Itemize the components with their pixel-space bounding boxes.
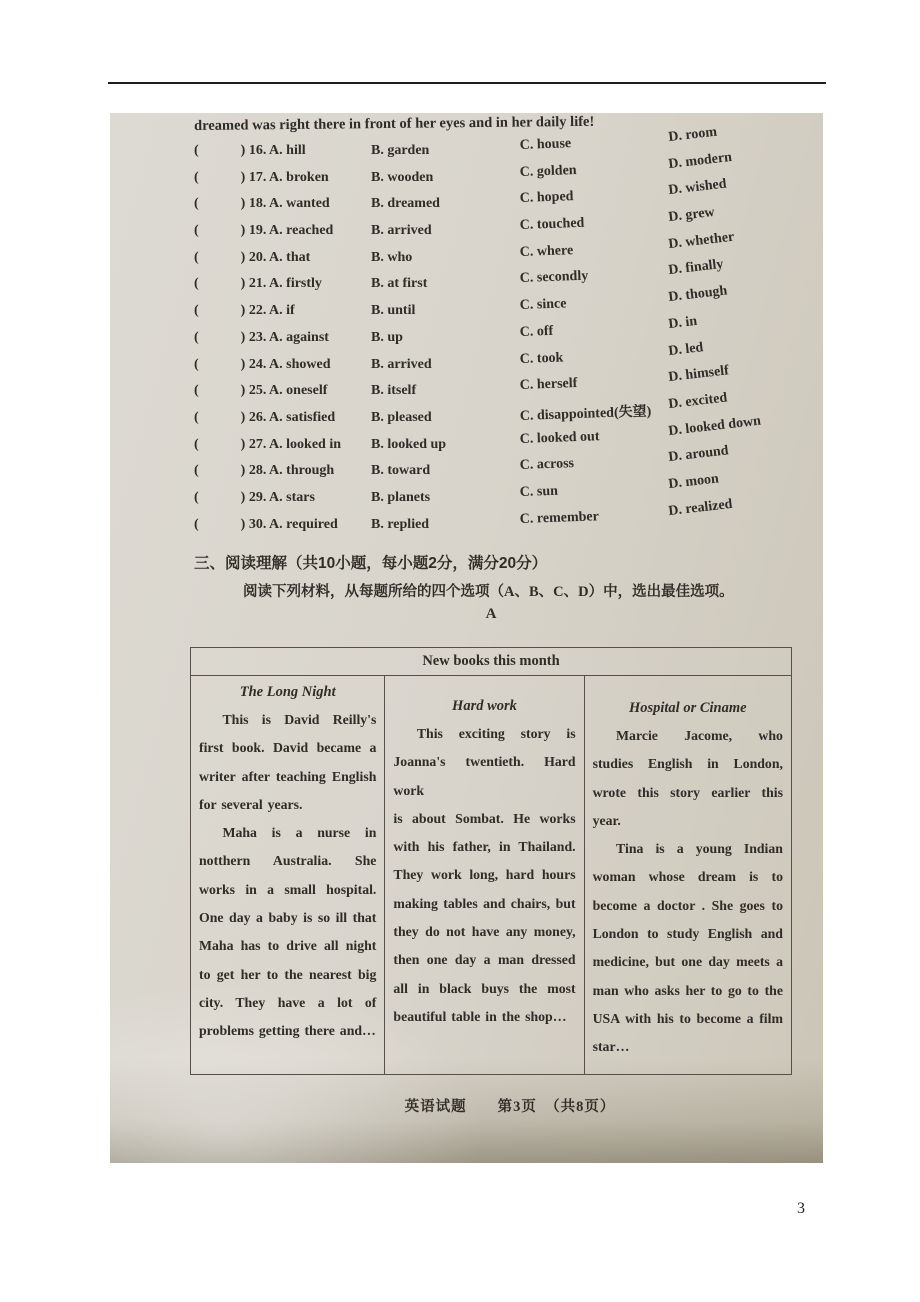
book-paragraph: Marcie Jacome, who studies English in Lo… — [593, 722, 783, 835]
question-option-c: C. hoped — [520, 190, 574, 208]
question-option-a: ( ) 23. A. against — [194, 330, 329, 346]
question-option-a: ( ) 27. A. looked in — [194, 437, 341, 453]
page-number: 3 — [797, 1200, 805, 1218]
question-option-b: B. replied — [371, 517, 429, 533]
page-canvas: dreamed was right there in front of her … — [0, 0, 920, 1302]
question-option-a: ( ) 16. A. hill — [194, 143, 306, 159]
question-option-a: ( ) 28. A. through — [194, 463, 334, 479]
question-option-b: B. up — [371, 330, 403, 346]
question-option-c: C. herself — [520, 376, 578, 394]
question-option-b: B. until — [371, 303, 415, 319]
question-option-d: D. in — [668, 314, 698, 333]
question-option-c: C. touched — [520, 216, 585, 234]
top-divider-line — [108, 82, 826, 84]
new-books-table: New books this month The Long Night This… — [190, 647, 792, 1075]
question-option-c: C. golden — [520, 163, 577, 181]
question-option-c: C. sun — [520, 484, 559, 501]
book-title: The Long Night — [199, 678, 376, 706]
section-header: 三、阅读理解（共10小题，每小题2分，满分20分） — [194, 551, 547, 573]
question-option-b: B. garden — [371, 143, 429, 159]
question-option-b: B. itself — [371, 383, 416, 399]
page-footer: 英语试题 第3页 （共8页） — [190, 1095, 823, 1116]
question-option-a: ( ) 24. A. showed — [194, 357, 331, 373]
book-paragraph: This is David Reilly's first book. David… — [199, 706, 376, 819]
question-option-b: B. at first — [371, 276, 427, 292]
question-option-a: ( ) 30. A. required — [194, 517, 338, 533]
question-option-a: ( ) 18. A. wanted — [194, 196, 330, 212]
question-option-a: ( ) 20. A. that — [194, 250, 310, 266]
book-column-hospital-or-ciname: Hospital or Ciname Marcie Jacome, who st… — [585, 676, 791, 1074]
question-option-c: C. across — [520, 456, 575, 474]
question-option-b: B. who — [371, 250, 412, 266]
book-title: Hard work — [393, 692, 575, 720]
question-row: ( ) 23. A. againstB. upC. offD. in — [110, 330, 823, 357]
book-paragraph: is about Sombat. He works with his fathe… — [393, 805, 575, 1031]
book-paragraph: This exciting story is Joanna's twentiet… — [393, 720, 575, 805]
question-option-c: C. took — [520, 350, 564, 368]
question-option-c: C. disappointed(失望) — [519, 400, 651, 425]
question-row: ( ) 22. A. ifB. untilC. sinceD. though — [110, 303, 823, 330]
book-paragraph: Tina is a young Indian woman whose dream… — [593, 835, 783, 1061]
question-option-b: B. arrived — [371, 357, 432, 373]
passage-last-line: dreamed was right there in front of her … — [194, 114, 594, 135]
question-option-c: C. remember — [520, 509, 600, 528]
table-title: New books this month — [191, 648, 791, 676]
question-option-c: C. house — [520, 136, 572, 154]
table-body: The Long Night This is David Reilly's fi… — [191, 676, 791, 1074]
question-rows: ( ) 16. A. hillB. gardenC. houseD. room(… — [110, 143, 823, 543]
question-option-a: ( ) 17. A. broken — [194, 170, 329, 186]
question-option-d: D. led — [668, 340, 705, 360]
question-row: ( ) 18. A. wantedB. dreamedC. hopedD. wi… — [110, 196, 823, 223]
question-option-a: ( ) 25. A. oneself — [194, 383, 327, 399]
passage-label: A — [190, 606, 792, 623]
question-option-a: ( ) 21. A. firstly — [194, 276, 322, 292]
question-option-a: ( ) 26. A. satisfied — [194, 410, 335, 426]
section-instruction: 阅读下列材料，从每题所给的四个选项（A、B、C、D）中，选出最佳选项。 — [243, 580, 734, 601]
book-title: Hospital or Ciname — [593, 694, 783, 722]
question-option-b: B. toward — [371, 463, 430, 479]
question-option-c: C. off — [520, 324, 554, 341]
book-column-the-long-night: The Long Night This is David Reilly's fi… — [191, 676, 385, 1074]
book-paragraph: Maha is a nurse in notthern Australia. S… — [199, 819, 376, 1045]
book-column-hard-work: Hard work This exciting story is Joanna'… — [385, 676, 584, 1074]
question-option-b: B. wooden — [371, 170, 433, 186]
question-option-c: C. since — [520, 297, 567, 315]
question-option-a: ( ) 29. A. stars — [194, 490, 315, 506]
question-option-b: B. looked up — [371, 437, 446, 453]
question-row: ( ) 30. A. requiredB. repliedC. remember… — [110, 517, 823, 544]
question-option-b: B. pleased — [371, 410, 432, 426]
question-option-b: B. arrived — [371, 223, 432, 239]
scanned-exam-page: dreamed was right there in front of her … — [110, 113, 823, 1163]
question-option-c: C. secondly — [520, 269, 589, 287]
question-option-a: ( ) 19. A. reached — [194, 223, 333, 239]
question-option-c: C. where — [520, 243, 574, 261]
question-option-d: D. room — [668, 125, 718, 146]
question-option-a: ( ) 22. A. if — [194, 303, 295, 319]
question-option-b: B. dreamed — [371, 196, 440, 212]
question-option-b: B. planets — [371, 490, 430, 506]
question-option-c: C. looked out — [520, 429, 600, 448]
